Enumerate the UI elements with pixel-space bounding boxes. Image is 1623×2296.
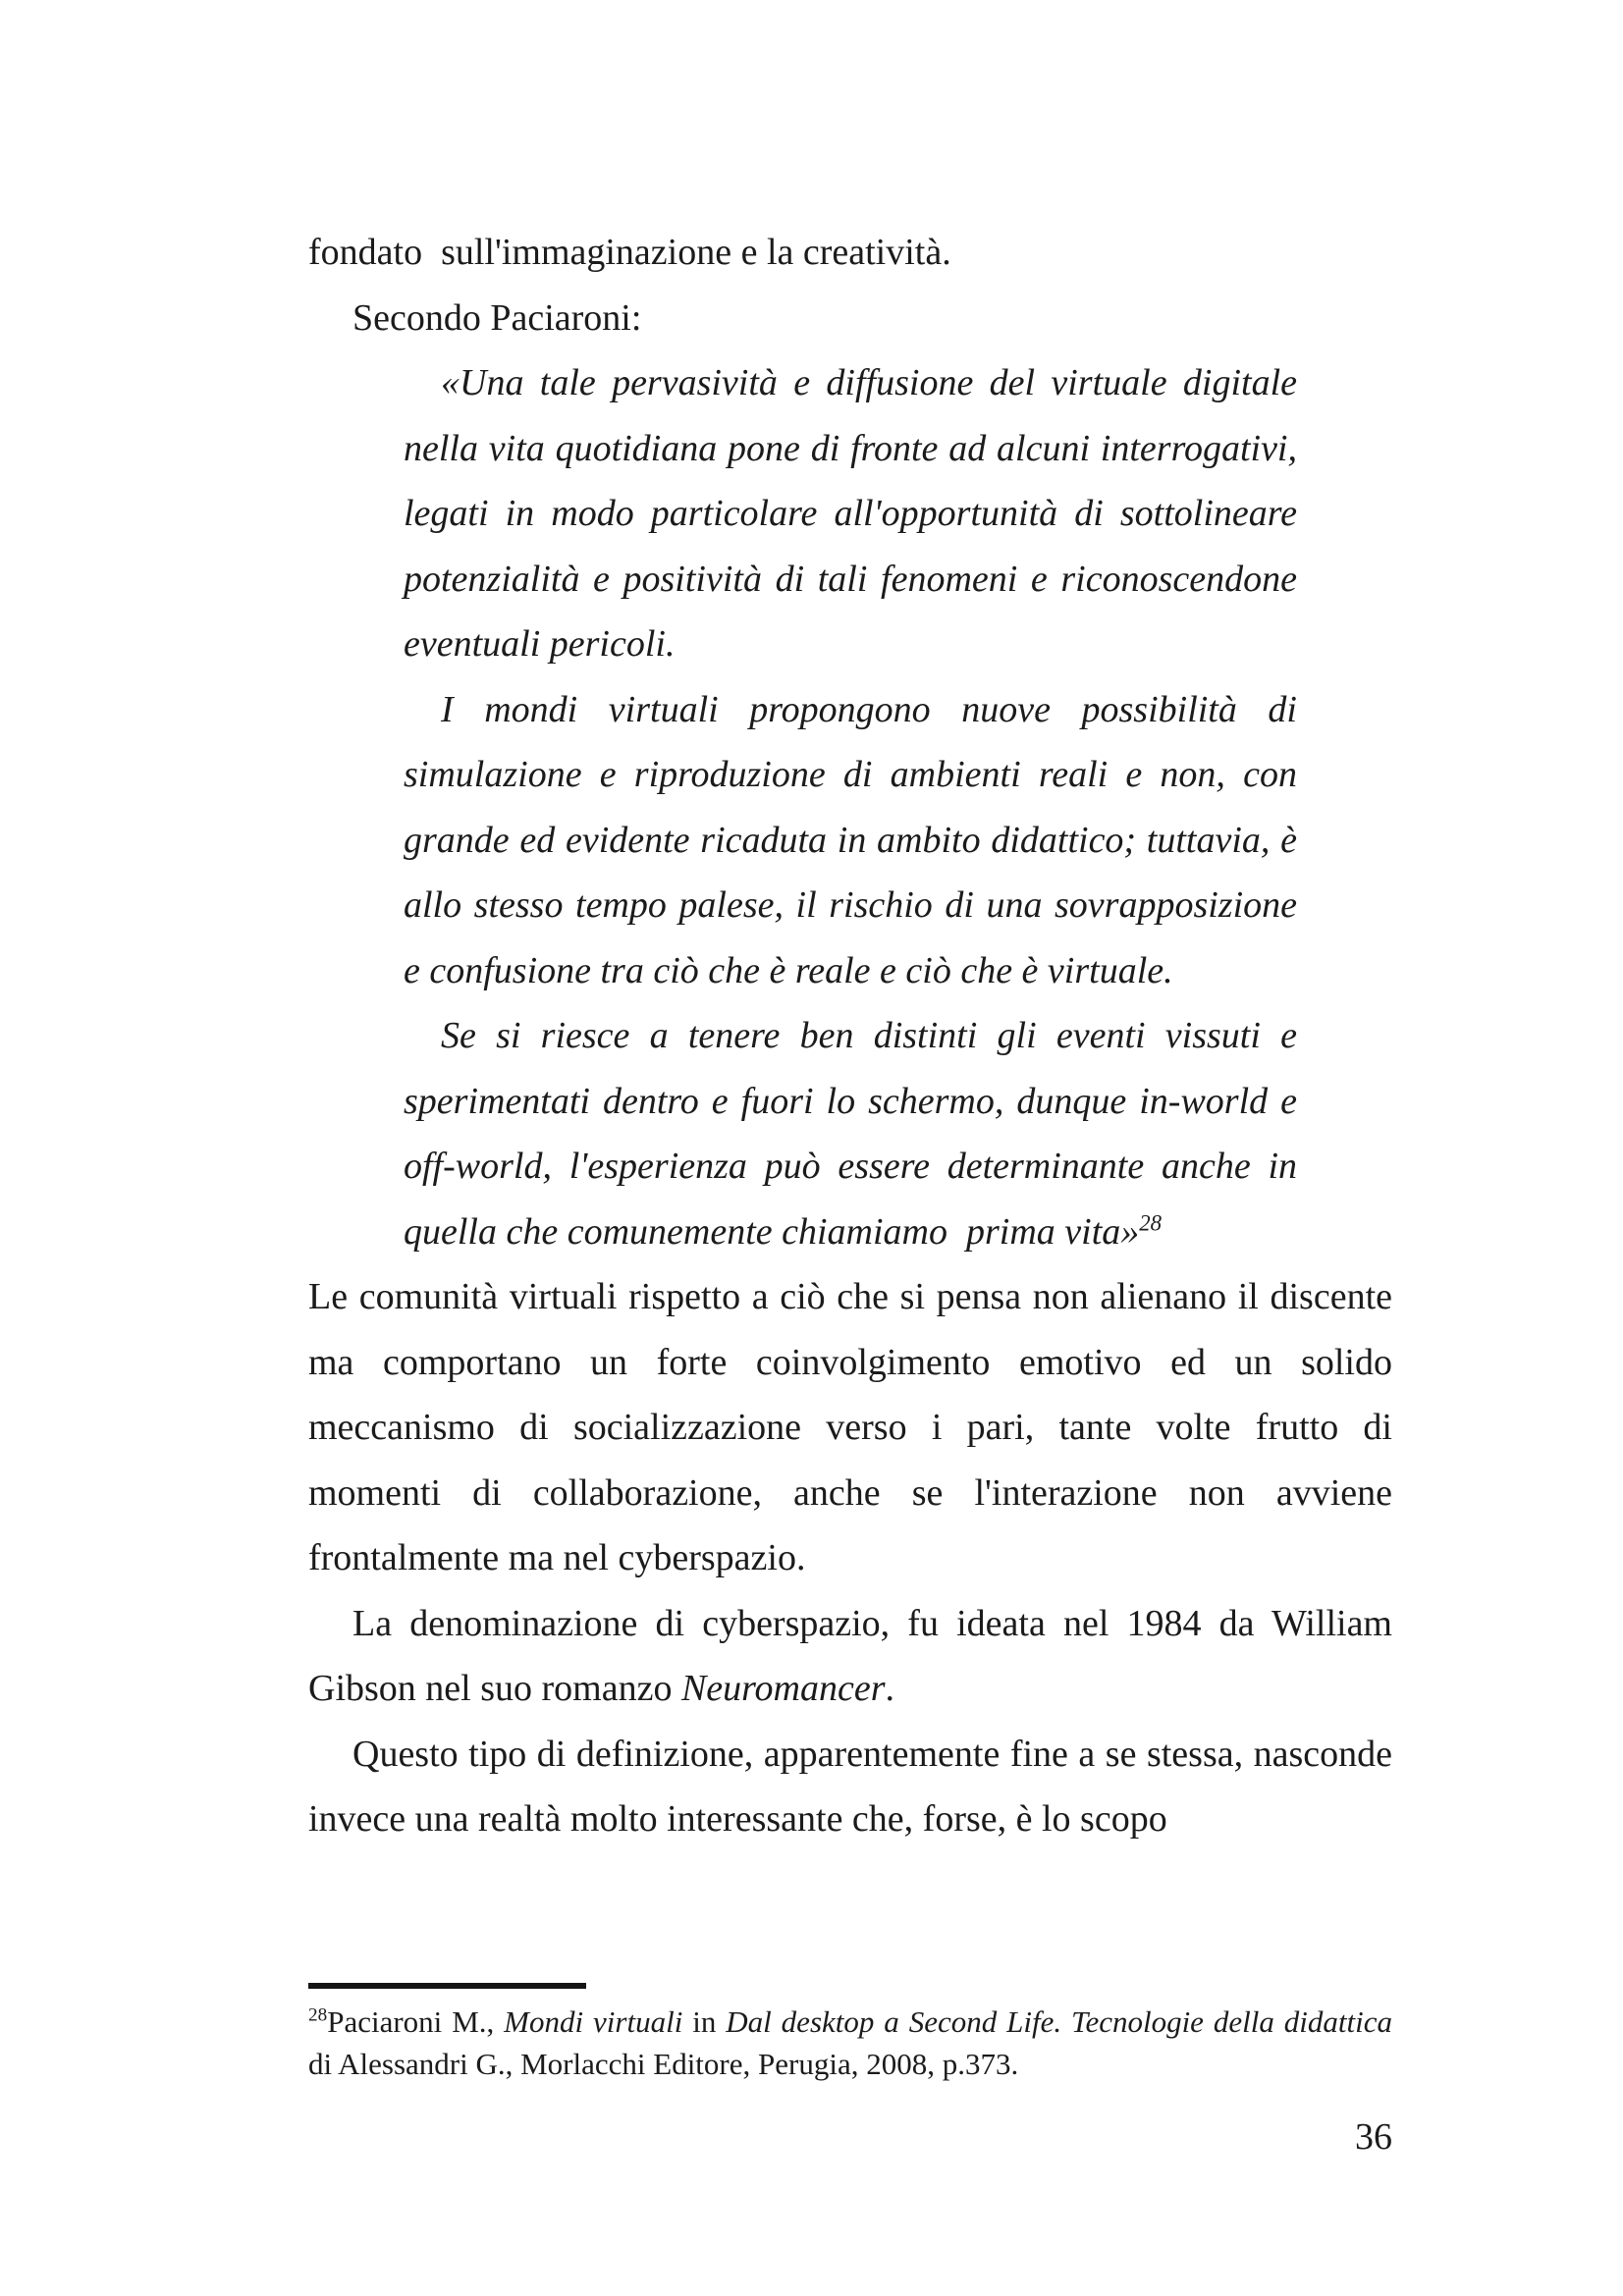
footnote-author: Paciaroni M., (327, 2004, 504, 2039)
footnote-work-title: Mondi virtuali (504, 2004, 682, 2039)
denominazione-period: . (886, 1668, 895, 1709)
questo-paragraph: Questo tipo di definizione, apparentemen… (308, 1722, 1392, 1852)
quote-paragraph-3: Se si riesce a tenere ben distinti gli e… (404, 1003, 1297, 1264)
footnote-number: 28 (308, 2005, 327, 2026)
page-number: 36 (308, 2116, 1392, 2158)
intro-paragraph-last-line: fondato sull'immaginazione e la creativi… (308, 220, 1392, 286)
neuromancer-title: Neuromancer (681, 1668, 886, 1709)
footnote-connector: in (682, 2004, 726, 2039)
footnote-citation: 28Paciaroni M., Mondi virtuali in Dal de… (308, 2001, 1392, 2085)
secondo-paciaroni-line: Secondo Paciaroni: (308, 286, 1392, 351)
quote-footnote-reference: 28 (1139, 1210, 1162, 1235)
footnote-divider (308, 1983, 586, 1989)
document-page: fondato sull'immaginazione e la creativi… (0, 0, 1623, 2296)
footnote-publisher-info: di Alessandri G., Morlacchi Editore, Per… (308, 2047, 1018, 2081)
page-body: fondato sull'immaginazione e la creativi… (308, 220, 1392, 1852)
quote-paragraph-3-text: Se si riesce a tenere ben distinti gli e… (404, 1015, 1297, 1253)
comunita-paragraph: Le comunità virtuali rispetto a ciò che … (308, 1264, 1392, 1591)
quote-paragraph-1: «Una tale pervasività e diffusione del v… (404, 350, 1297, 677)
footnote-book-title: Dal desktop a Second Life. Tecnologie de… (726, 2004, 1392, 2039)
blockquote-paciaroni: «Una tale pervasività e diffusione del v… (404, 350, 1297, 1264)
quote-paragraph-2: I mondi virtuali propongono nuove possib… (404, 677, 1297, 1004)
denominazione-paragraph: La denominazione di cyberspazio, fu idea… (308, 1591, 1392, 1722)
footnote-area: 28Paciaroni M., Mondi virtuali in Dal de… (308, 1983, 1392, 2085)
